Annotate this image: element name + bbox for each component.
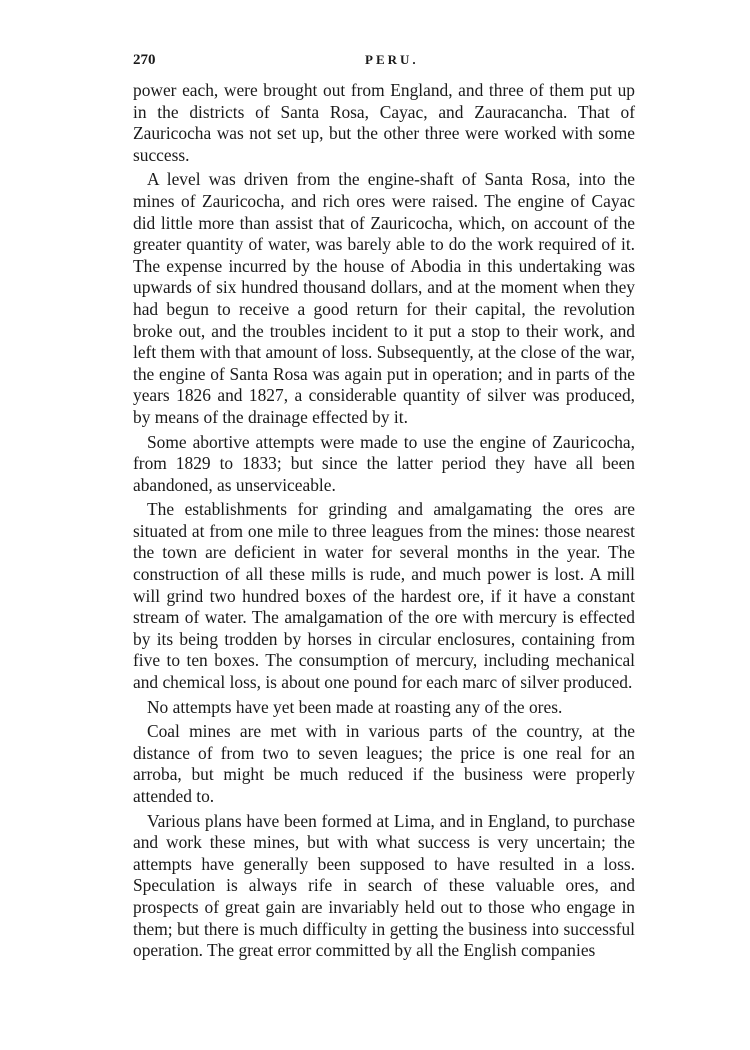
page-number: 270	[133, 52, 156, 69]
body-text: power each, were brought out from Englan…	[133, 80, 635, 962]
paragraph: No attempts have yet been made at roasti…	[133, 697, 635, 719]
paragraph: A level was driven from the engine-shaft…	[133, 169, 635, 428]
book-page: 270 PERU. power each, were brought out f…	[133, 52, 635, 965]
paragraph-continued: power each, were brought out from Englan…	[133, 80, 635, 166]
paragraph: The establishments for grinding and amal…	[133, 499, 635, 693]
running-head: 270 PERU.	[133, 52, 635, 74]
paragraph: Coal mines are met with in various parts…	[133, 721, 635, 807]
paragraph: Various plans have been formed at Lima, …	[133, 811, 635, 962]
paragraph: Some abortive attempts were made to use …	[133, 432, 635, 497]
running-title: PERU.	[365, 52, 419, 68]
